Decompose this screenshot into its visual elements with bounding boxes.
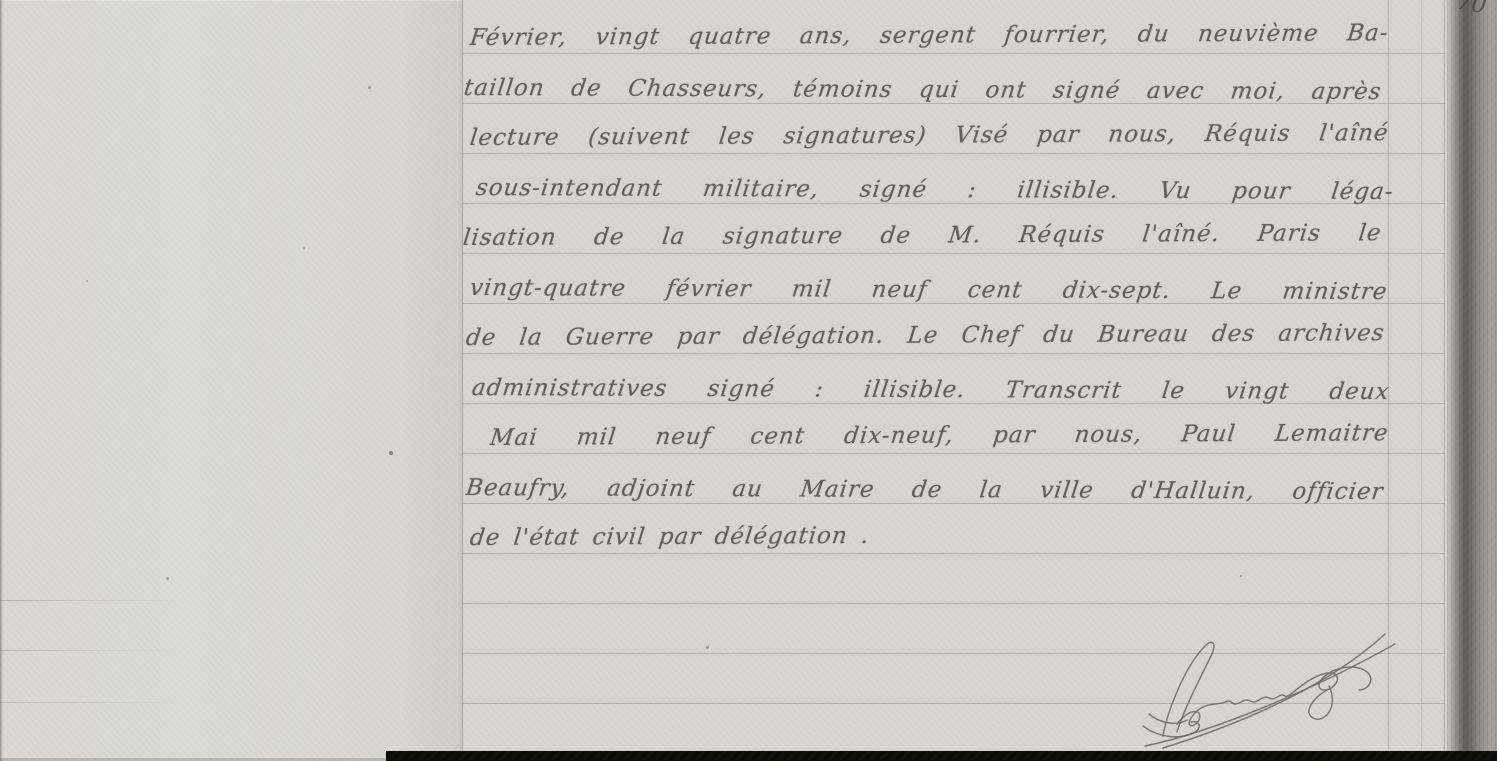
dust-speck	[1240, 575, 1242, 577]
handwriting-line-9: Mai mil neuf cent dix-neuf, par nous, Pa…	[488, 415, 1391, 457]
signature	[1133, 628, 1413, 756]
gutter-margin-line	[462, 0, 463, 753]
dust-speck	[706, 646, 709, 649]
page-curve-line	[1421, 0, 1422, 753]
dust-speck	[389, 451, 393, 455]
signature-ascender-loop	[1163, 642, 1214, 736]
scan-bottom-bar	[386, 751, 1497, 761]
dust-speck	[86, 280, 88, 282]
handwriting-line-11: de l'état civil par délégation .	[468, 515, 1391, 557]
handwriting-line-10: Beaufry, adjoint au Maire de la ville d'…	[464, 470, 1386, 511]
page-edge-line	[1444, 0, 1445, 753]
dust-speck	[303, 247, 305, 249]
signature-name-stroke	[1177, 667, 1371, 726]
dust-speck	[166, 577, 169, 580]
signature-descender-loop	[1309, 686, 1332, 719]
handwriting-line-3: lecture (suivent les signatures) Visé pa…	[468, 115, 1391, 157]
dust-speck	[1064, 141, 1066, 143]
scanned-register-page: Février, vingt quatre ans, sergent fourr…	[0, 0, 1497, 761]
signature-flourish	[1145, 644, 1395, 746]
handwriting-line-4: sous-intendant militaire, signé : illisi…	[474, 170, 1396, 211]
handwriting-line-5: lisation de la signature de M. Réquis l'…	[461, 215, 1384, 257]
dust-speck	[368, 86, 371, 89]
handwriting-line-6: vingt-quatre février mil neuf cent dix-s…	[468, 270, 1390, 311]
faint-rule-stub	[0, 600, 185, 601]
handwriting-line-8: administratives signé : illisible. Trans…	[470, 370, 1392, 411]
handwriting-line-1: Février, vingt quatre ans, sergent fourr…	[468, 15, 1391, 57]
left-blank-page	[0, 0, 462, 761]
handwriting-line-2: taillon de Chasseurs, témoins qui ont si…	[462, 70, 1384, 111]
handwriting-line-7: de la Guerre par délégation. Le Chef du …	[464, 315, 1387, 357]
scan-left-edge	[0, 0, 3, 761]
faint-rule-stub	[0, 702, 185, 703]
binding-streaks	[1447, 0, 1497, 761]
faint-rule-stub	[0, 650, 185, 651]
